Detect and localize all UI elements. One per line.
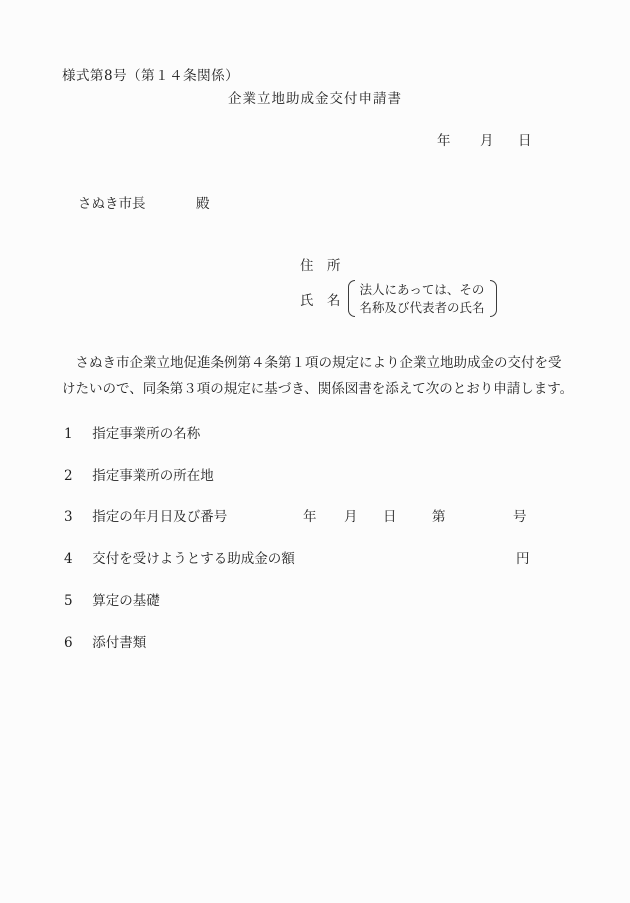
note-text: 法人にあっては、その 名称及び代表者の氏名 [360,280,485,317]
applicant-block: 住 所 氏 名 法人にあっては、その 名称及び代表者の氏名 [300,254,497,317]
form-item-5: 5 算定の基礎 [64,589,570,607]
form-style-number: 様式第8号（第１４条関係） [62,64,239,84]
addressee-name: さぬき市長 [78,196,146,212]
application-form-page: 様式第8号（第１４条関係） 企業立地助成金交付申請書 年 月 日 さぬき市長 殿… [0,0,630,903]
addressee-honorific: 殿 [196,192,210,212]
right-paren-bracket [490,280,497,317]
corporate-name-note: 法人にあっては、その 名称及び代表者の氏名 [348,280,497,317]
note-line-2: 名称及び代表者の氏名 [360,299,485,317]
yen-unit-label: 円 [516,547,530,567]
designation-month-label: 月 [344,505,358,525]
item-number: 3 [64,509,88,525]
item-label: 算定の基礎 [92,593,160,609]
item-label: 指定事業所の所在地 [92,468,214,484]
item-label: 交付を受けようとする助成金の額 [92,551,295,567]
form-item-4: 4 交付を受けようとする助成金の額 円 [64,547,570,565]
item-number: 4 [64,551,88,567]
address-label: 住 所 [300,254,497,274]
form-item-2: 2 指定事業所の所在地 [64,464,570,482]
form-item-1: 1 指定事業所の名称 [64,422,570,440]
designation-year-label: 年 [303,505,317,525]
name-label: 氏 名 [300,289,341,309]
form-item-6: 6 添付書類 [64,631,570,649]
form-item-3: 3 指定の年月日及び番号 年 月 日 第 号 [64,505,570,523]
left-paren-bracket [348,280,355,317]
item-number: 1 [64,426,88,442]
item-label: 添付書類 [92,635,146,651]
month-label: 月 [480,129,494,149]
item-number: 6 [64,635,88,651]
addressee-line: さぬき市長 殿 [78,192,378,210]
item-label: 指定の年月日及び番号 [92,509,227,525]
note-line-1: 法人にあっては、その [360,281,485,299]
name-row: 氏 名 法人にあっては、その 名称及び代表者の氏名 [300,280,497,317]
designation-number-suffix: 号 [513,505,527,525]
application-statement: さぬき市企業立地促進条例第４条第１項の規定により企業立地助成金の交付を受けたいの… [62,351,574,402]
day-label: 日 [518,129,532,149]
document-title: 企業立地助成金交付申請書 [0,87,630,107]
item-label: 指定事業所の名称 [92,426,200,442]
item-number: 2 [64,468,88,484]
item-number: 5 [64,593,88,609]
designation-number-prefix: 第 [432,505,446,525]
designation-day-label: 日 [383,505,397,525]
year-label: 年 [437,129,451,149]
